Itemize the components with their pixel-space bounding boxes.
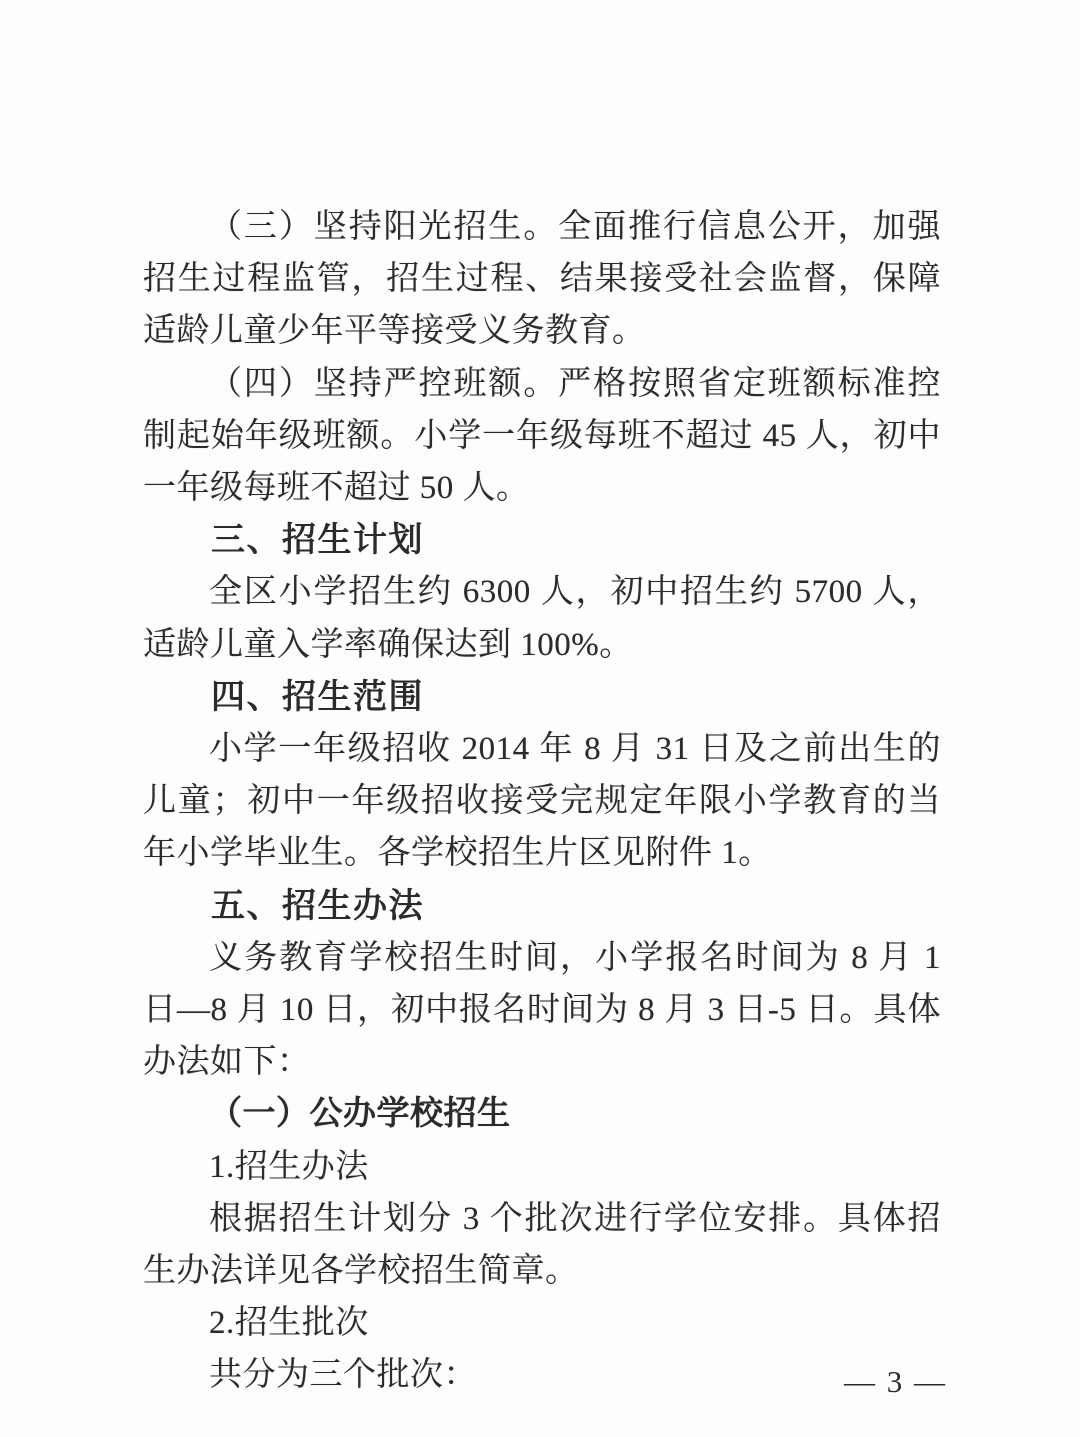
document-page: （三）坚持阳光招生。全面推行信息公开，加强招生过程监管，招生过程、结果接受社会监…	[0, 0, 1080, 1437]
section-heading-3-plan: 三、招生计划	[143, 514, 941, 566]
paragraph-principle-3: （三）坚持阳光招生。全面推行信息公开，加强招生过程监管，招生过程、结果接受社会监…	[143, 201, 941, 358]
section-heading-5-method: 五、招生办法	[143, 880, 941, 932]
item-1-enrollment-method: 1.招生办法	[143, 1141, 941, 1193]
paragraph-scope-detail: 小学一年级招收 2014 年 8 月 31 日及之前出生的儿童；初中一年级招收接…	[143, 723, 941, 880]
paragraph-plan-numbers: 全区小学招生约 6300 人，初中招生约 5700 人，适龄儿童入学率确保达到 …	[143, 566, 941, 670]
section-heading-4-scope: 四、招生范围	[143, 671, 941, 723]
page-number: — 3 —	[844, 1362, 947, 1402]
paragraph-three-batches: 共分为三个批次：	[143, 1349, 941, 1401]
paragraph-method-schedule: 义务教育学校招生时间，小学报名时间为 8 月 1 日—8 月 10 日，初中报名…	[143, 932, 941, 1089]
item-2-enrollment-batches: 2.招生批次	[143, 1297, 941, 1349]
paragraph-batch-arrangement: 根据招生计划分 3 个批次进行学位安排。具体招生办法详见各学校招生简章。	[143, 1193, 941, 1297]
document-body: （三）坚持阳光招生。全面推行信息公开，加强招生过程监管，招生过程、结果接受社会监…	[143, 201, 941, 1402]
paragraph-principle-4: （四）坚持严控班额。严格按照省定班额标准控制起始年级班额。小学一年级每班不超过 …	[143, 358, 941, 515]
subheading-public-schools: （一）公办学校招生	[143, 1088, 941, 1140]
